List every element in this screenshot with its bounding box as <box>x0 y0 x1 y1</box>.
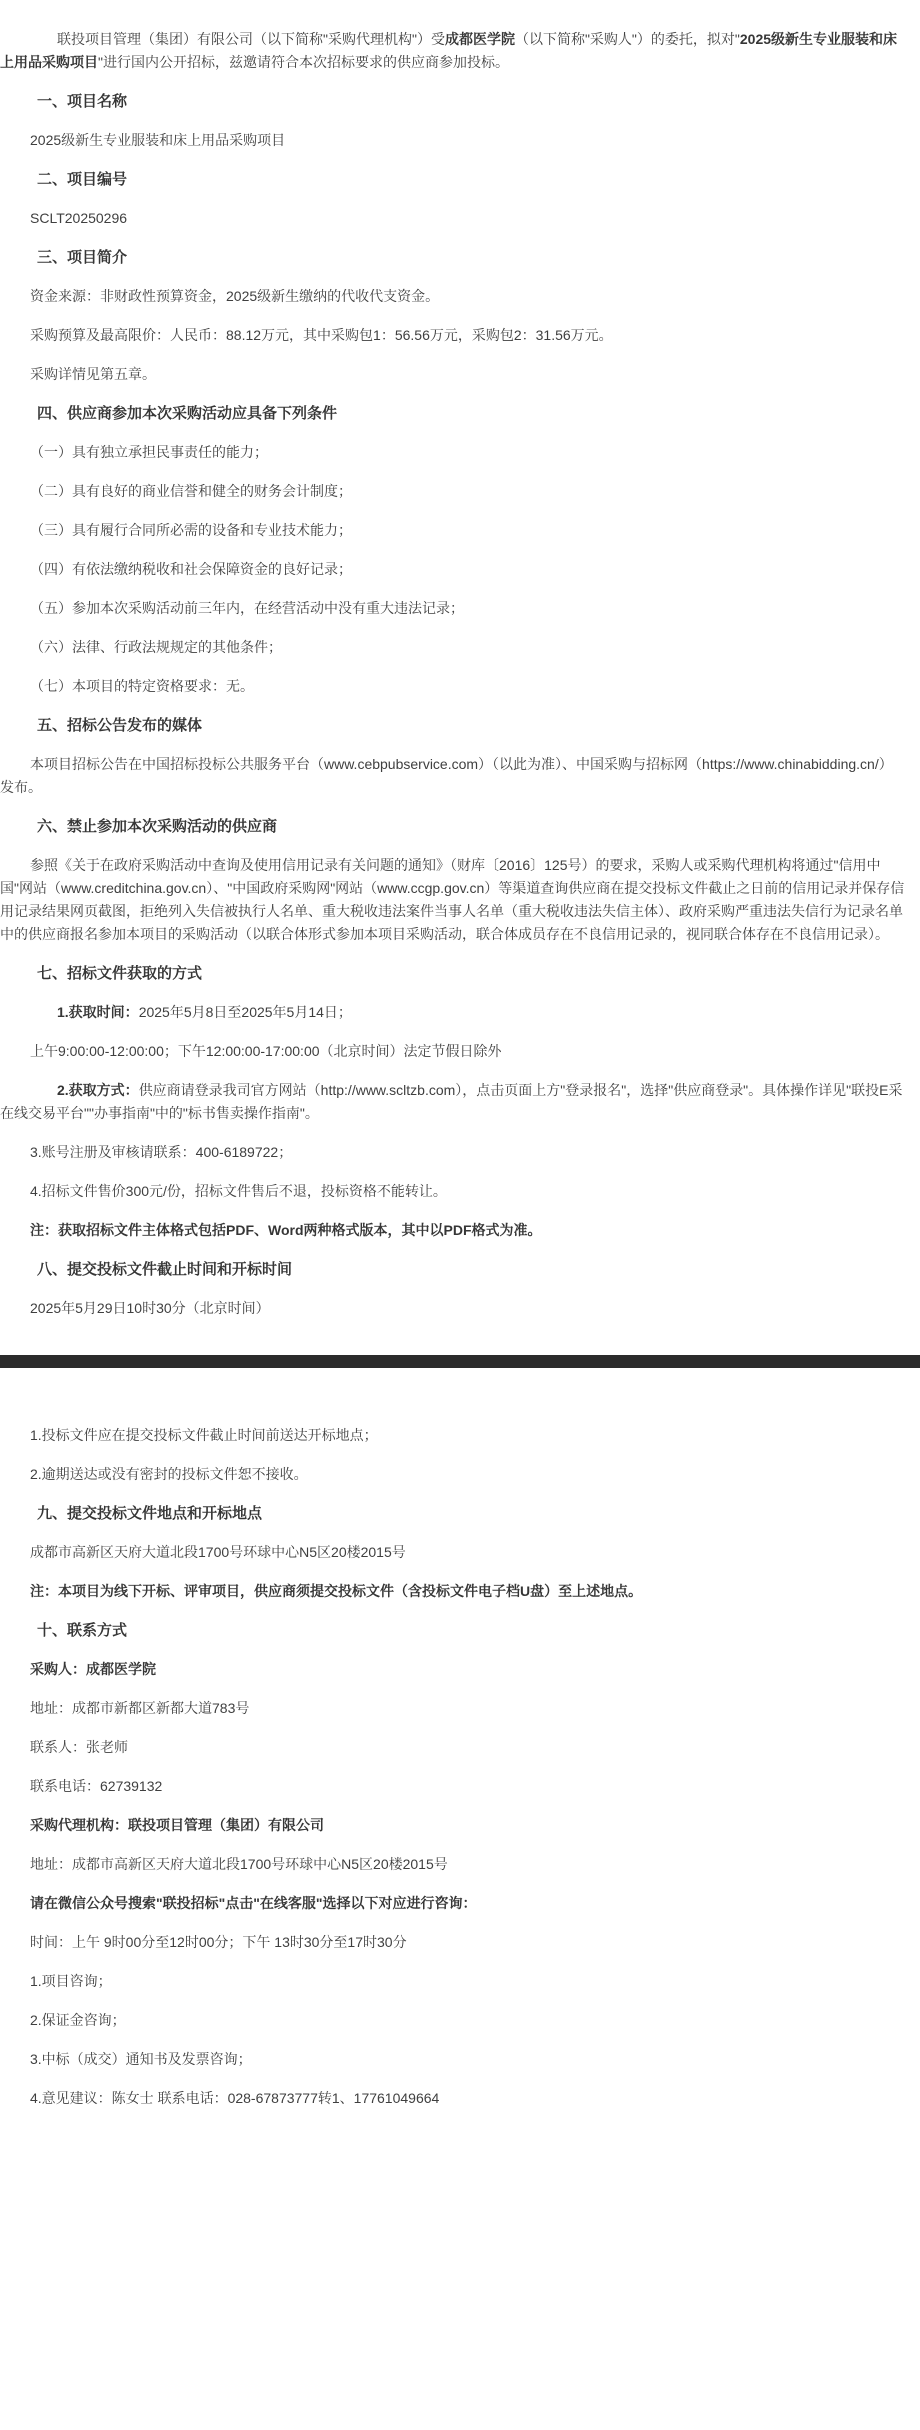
text-run: 五、招标公告发布的媒体 <box>37 717 202 734</box>
text-run: （以下简称"采购人"）的委托，拟对" <box>515 31 740 47</box>
doc-paragraph: 4.意见建议：陈女士 联系电话：028-67873777转1、177610496… <box>0 2087 906 2110</box>
text-run: "进行国内公开招标，兹邀请符合本次招标要求的供应商参加投标。 <box>98 54 509 70</box>
doc-paragraph: 4.招标文件售价300元/份，招标文件售后不退，投标资格不能转让。 <box>0 1180 906 1203</box>
section-heading: 八、提交投标文件截止时间和开标时间 <box>0 1258 906 1281</box>
doc-paragraph: 3.中标（成交）通知书及发票咨询； <box>0 2048 906 2071</box>
doc-paragraph: 请在微信公众号搜索"联投招标"点击"在线客服"选择以下对应进行咨询： <box>0 1892 906 1915</box>
doc-paragraph: 采购详情见第五章。 <box>0 363 906 386</box>
text-run: 2.逾期送达或没有密封的投标文件恕不接收。 <box>30 1466 308 1482</box>
text-run: 一、项目名称 <box>37 93 127 110</box>
doc-paragraph: 采购代理机构：联投项目管理（集团）有限公司 <box>0 1814 906 1837</box>
text-run: 参照《关于在政府采购活动中查询及使用信用记录有关问题的通知》（财库〔2016〕1… <box>0 857 904 942</box>
text-run: 四、供应商参加本次采购活动应具备下列条件 <box>37 405 337 422</box>
doc-paragraph: （一）具有独立承担民事责任的能力； <box>0 441 906 464</box>
text-run: 地址：成都市高新区天府大道北段1700号环球中心N5区20楼2015号 <box>30 1856 448 1872</box>
text-run: 本项目招标公告在中国招标投标公共服务平台（www.cebpubservice.c… <box>0 756 893 795</box>
doc-paragraph: （二）具有良好的商业信誉和健全的财务会计制度； <box>0 480 906 503</box>
bid-announcement-document: { "colors": { "page_background": "#fffff… <box>0 0 920 2430</box>
doc-paragraph: 1.项目咨询； <box>0 1970 906 1993</box>
section-heading: 三、项目简介 <box>0 246 906 269</box>
text-run: 4.招标文件售价300元/份，招标文件售后不退，投标资格不能转让。 <box>30 1183 447 1199</box>
doc-paragraph: 参照《关于在政府采购活动中查询及使用信用记录有关问题的通知》（财库〔2016〕1… <box>0 854 906 946</box>
text-run: 1.项目咨询； <box>30 1973 112 1989</box>
text-run: 2.获取方式： <box>57 1082 139 1098</box>
text-run: 3.账号注册及审核请联系：400-6189722； <box>30 1144 292 1160</box>
text-run: 二、项目编号 <box>37 171 127 188</box>
text-run: 联投项目管理（集团）有限公司（以下简称"采购代理机构"）受 <box>57 31 445 47</box>
doc-paragraph: 资金来源：非财政性预算资金，2025级新生缴纳的代收代支资金。 <box>0 285 906 308</box>
doc-paragraph: （四）有依法缴纳税收和社会保障资金的良好记录； <box>0 558 906 581</box>
doc-paragraph: 地址：成都市高新区天府大道北段1700号环球中心N5区20楼2015号 <box>0 1853 906 1876</box>
doc-paragraph: 时间：上午 9时00分至12时00分；下午 13时30分至17时30分 <box>0 1931 906 1954</box>
text-run: 六、禁止参加本次采购活动的供应商 <box>37 818 277 835</box>
text-run: （五）参加本次采购活动前三年内，在经营活动中没有重大违法记录； <box>30 600 464 616</box>
doc-paragraph: 2025级新生专业服装和床上用品采购项目 <box>0 129 906 152</box>
text-run: 2.保证金咨询； <box>30 2012 126 2028</box>
section-heading: 四、供应商参加本次采购活动应具备下列条件 <box>0 402 906 425</box>
text-run: 十、联系方式 <box>37 1622 127 1639</box>
doc-paragraph: 联系人：张老师 <box>0 1736 906 1759</box>
text-run: 时间：上午 9时00分至12时00分；下午 13时30分至17时30分 <box>30 1934 407 1950</box>
text-run: 成都市高新区天府大道北段1700号环球中心N5区20楼2015号 <box>30 1544 406 1560</box>
section-heading: 六、禁止参加本次采购活动的供应商 <box>0 815 906 838</box>
text-run: （六）法律、行政法规规定的其他条件； <box>30 639 282 655</box>
text-run: 采购人：成都医学院 <box>30 1661 156 1677</box>
document-page-2: 1.投标文件应在提交投标文件截止时间前送达开标地点；2.逾期送达或没有密封的投标… <box>0 1368 920 2430</box>
doc-paragraph: 上午9:00:00-12:00:00；下午12:00:00-17:00:00（北… <box>0 1040 906 1063</box>
text-run: 2025年5月8日至2025年5月14日； <box>139 1004 352 1020</box>
text-run: 九、提交投标文件地点和开标地点 <box>37 1505 262 1522</box>
doc-paragraph: 联投项目管理（集团）有限公司（以下简称"采购代理机构"）受成都医学院（以下简称"… <box>0 28 906 74</box>
doc-paragraph: 1.获取时间：2025年5月8日至2025年5月14日； <box>0 1001 906 1024</box>
text-run: 地址：成都市新都区新都大道783号 <box>30 1700 249 1716</box>
text-run: （四）有依法缴纳税收和社会保障资金的良好记录； <box>30 561 352 577</box>
page-break-divider <box>0 1355 920 1368</box>
doc-paragraph: （三）具有履行合同所必需的设备和专业技术能力； <box>0 519 906 542</box>
section-heading: 七、招标文件获取的方式 <box>0 962 906 985</box>
doc-paragraph: 2.获取方式：供应商请登录我司官方网站（http://www.scltzb.co… <box>0 1079 906 1125</box>
text-run: 联系人：张老师 <box>30 1739 128 1755</box>
text-run: 3.中标（成交）通知书及发票咨询； <box>30 2051 252 2067</box>
text-run: 2025级新生专业服装和床上用品采购项目 <box>30 132 285 148</box>
doc-paragraph: 采购人：成都医学院 <box>0 1658 906 1681</box>
text-run: （二）具有良好的商业信誉和健全的财务会计制度； <box>30 483 352 499</box>
text-run: 注：本项目为线下开标、评审项目，供应商须提交投标文件（含投标文件电子档U盘）至上… <box>30 1583 642 1599</box>
text-run: （三）具有履行合同所必需的设备和专业技术能力； <box>30 522 352 538</box>
doc-paragraph: 2.逾期送达或没有密封的投标文件恕不接收。 <box>0 1463 906 1486</box>
section-heading: 一、项目名称 <box>0 90 906 113</box>
doc-paragraph: 地址：成都市新都区新都大道783号 <box>0 1697 906 1720</box>
text-run: SCLT20250296 <box>30 210 127 226</box>
doc-paragraph: （六）法律、行政法规规定的其他条件； <box>0 636 906 659</box>
text-run: 采购预算及最高限价：人民币：88.12万元，其中采购包1：56.56万元，采购包… <box>30 327 613 343</box>
text-run: 2025年5月29日10时30分（北京时间） <box>30 1300 270 1316</box>
text-run: 八、提交投标文件截止时间和开标时间 <box>37 1261 292 1278</box>
doc-paragraph: 2025年5月29日10时30分（北京时间） <box>0 1297 906 1320</box>
section-heading: 五、招标公告发布的媒体 <box>0 714 906 737</box>
doc-paragraph: 成都市高新区天府大道北段1700号环球中心N5区20楼2015号 <box>0 1541 906 1564</box>
text-run: 请在微信公众号搜索"联投招标"点击"在线客服"选择以下对应进行咨询： <box>30 1895 477 1911</box>
doc-paragraph: 联系电话：62739132 <box>0 1775 906 1798</box>
doc-paragraph: （七）本项目的特定资格要求：无。 <box>0 675 906 698</box>
text-run: 联系电话：62739132 <box>30 1778 162 1794</box>
doc-paragraph: 2.保证金咨询； <box>0 2009 906 2032</box>
text-run: 1.投标文件应在提交投标文件截止时间前送达开标地点； <box>30 1427 378 1443</box>
doc-paragraph: 本项目招标公告在中国招标投标公共服务平台（www.cebpubservice.c… <box>0 753 906 799</box>
doc-paragraph: 1.投标文件应在提交投标文件截止时间前送达开标地点； <box>0 1424 906 1447</box>
text-run: 三、项目简介 <box>37 249 127 266</box>
text-run: 4.意见建议：陈女士 联系电话：028-67873777转1、177610496… <box>30 2090 439 2106</box>
section-heading: 二、项目编号 <box>0 168 906 191</box>
doc-paragraph: 3.账号注册及审核请联系：400-6189722； <box>0 1141 906 1164</box>
text-run: 资金来源：非财政性预算资金，2025级新生缴纳的代收代支资金。 <box>30 288 439 304</box>
text-run: 1.获取时间： <box>57 1004 139 1020</box>
doc-paragraph: 注：获取招标文件主体格式包括PDF、Word两种格式版本，其中以PDF格式为准。 <box>0 1219 906 1242</box>
doc-paragraph: SCLT20250296 <box>0 207 906 230</box>
doc-paragraph: 采购预算及最高限价：人民币：88.12万元，其中采购包1：56.56万元，采购包… <box>0 324 906 347</box>
text-run: 采购代理机构：联投项目管理（集团）有限公司 <box>30 1817 324 1833</box>
document-page-1: 联投项目管理（集团）有限公司（以下简称"采购代理机构"）受成都医学院（以下简称"… <box>0 0 920 1355</box>
text-run: 上午9:00:00-12:00:00；下午12:00:00-17:00:00（北… <box>30 1043 502 1059</box>
text-run: 成都医学院 <box>445 31 515 47</box>
text-run: （七）本项目的特定资格要求：无。 <box>30 678 254 694</box>
doc-paragraph: （五）参加本次采购活动前三年内，在经营活动中没有重大违法记录； <box>0 597 906 620</box>
section-heading: 十、联系方式 <box>0 1619 906 1642</box>
section-heading: 九、提交投标文件地点和开标地点 <box>0 1502 906 1525</box>
doc-paragraph: 注：本项目为线下开标、评审项目，供应商须提交投标文件（含投标文件电子档U盘）至上… <box>0 1580 906 1603</box>
text-run: 七、招标文件获取的方式 <box>37 965 202 982</box>
text-run: （一）具有独立承担民事责任的能力； <box>30 444 268 460</box>
text-run: 采购详情见第五章。 <box>30 366 156 382</box>
text-run: 注：获取招标文件主体格式包括PDF、Word两种格式版本，其中以PDF格式为准。 <box>30 1222 542 1238</box>
